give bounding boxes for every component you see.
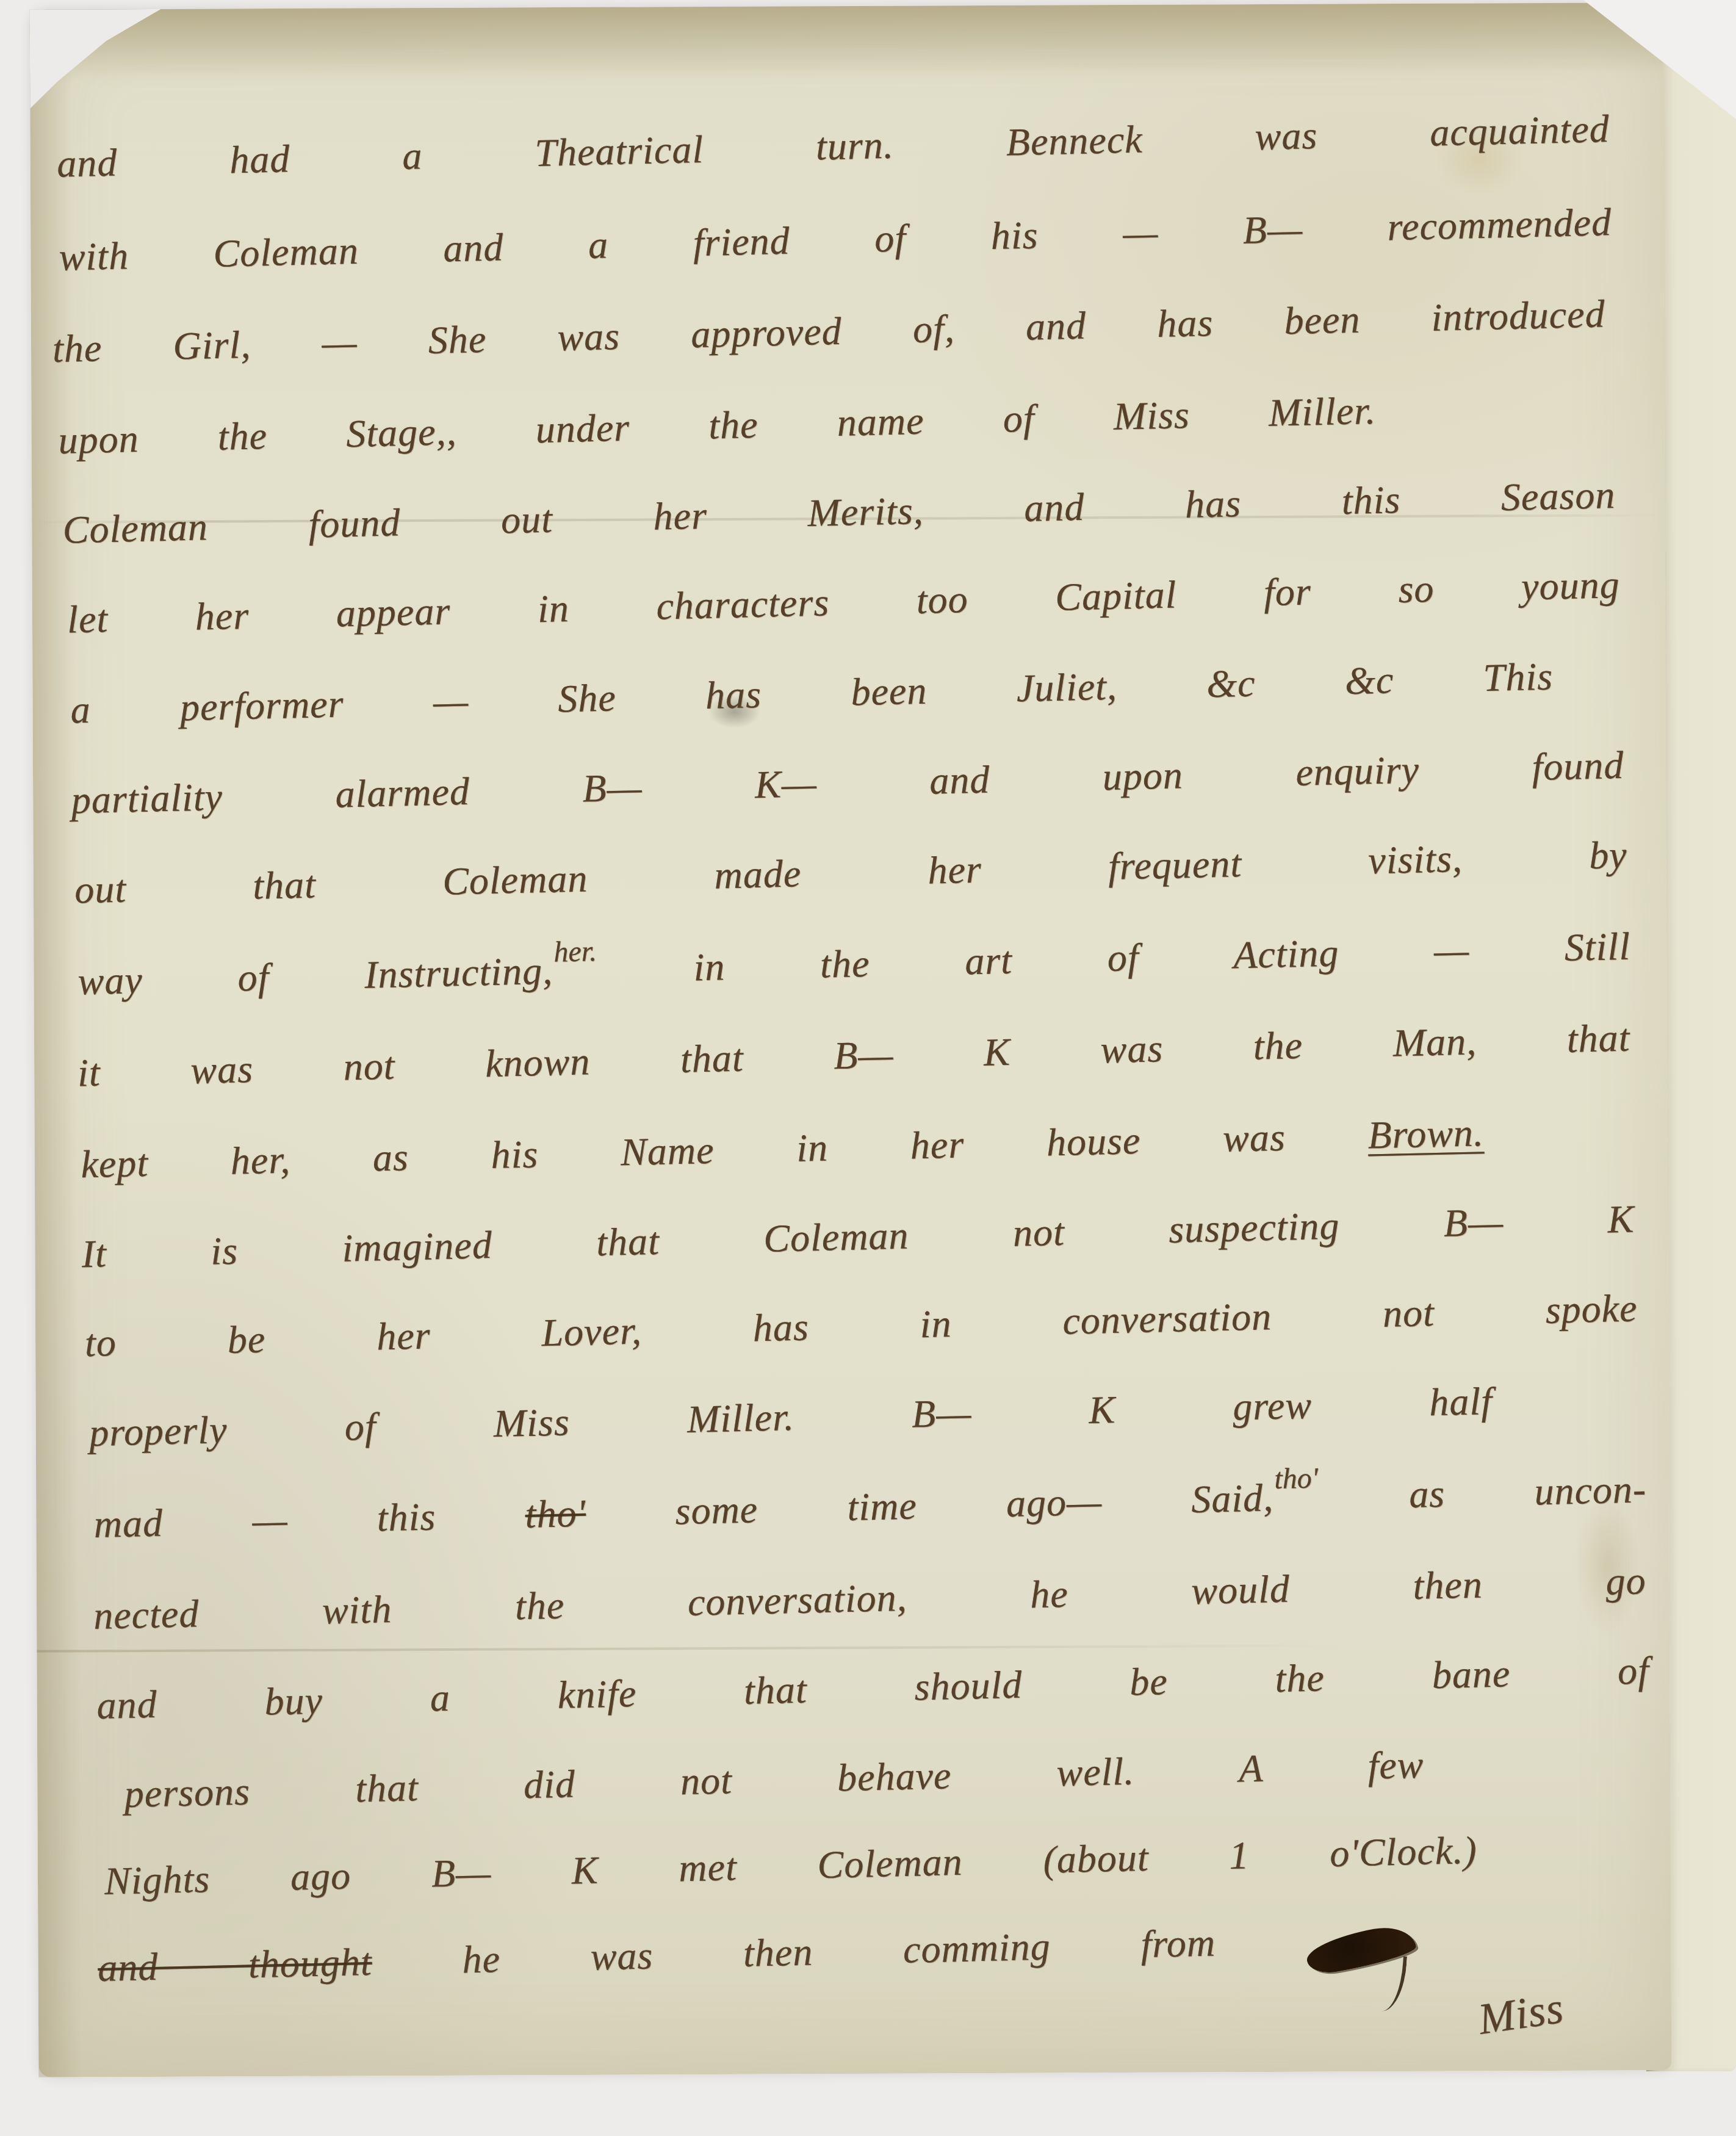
handwriting-text: properly of Miss Miller. B— K grew half — [89, 1379, 1493, 1454]
letter-paper: and had a Theatrical turn. Benneck was a… — [30, 2, 1672, 2077]
handwriting-text: mad — this — [93, 1493, 525, 1546]
manuscript-line-6: let her appear in characters too Capital… — [67, 562, 1620, 642]
handwriting-text: some time ago— Said, — [585, 1476, 1274, 1535]
manuscript-line-1: and had a Theatrical turn. Benneck was a… — [56, 106, 1610, 186]
handwriting-text: partiality alarmed B— K— and upon enquir… — [71, 743, 1624, 822]
inserted-word-above-line: tho' — [1274, 1462, 1319, 1495]
handwriting-text: It is imagined that Coleman not suspecti… — [81, 1197, 1635, 1276]
manuscript-line-8: partiality alarmed B— K— and upon enquir… — [71, 743, 1624, 823]
handwriting-text: the Girl, — She was approved of, and has… — [52, 292, 1605, 370]
handwriting-text: it was not known that B— K was the Man, … — [77, 1016, 1630, 1095]
handwriting-text: let her appear in characters too Capital… — [67, 563, 1620, 641]
manuscript-line-19: persons that did not behave well. A few — [124, 1742, 1424, 1817]
manuscript-line-18: and buy a knife that should be the bane … — [96, 1648, 1650, 1728]
ink-blot-redaction — [1303, 1922, 1417, 1977]
manuscript-line-17: nected with the conversation, he would t… — [93, 1558, 1646, 1638]
handwriting-text: Nights ago B— K met Coleman (about 1 o'C… — [104, 1828, 1477, 1903]
handwriting-text: in the art of Acting — Still — [598, 925, 1631, 991]
handwriting-text: and buy a knife that should be the bane … — [96, 1648, 1650, 1727]
manuscript-line-10: way of Instructing,her. in the art of Ac… — [77, 924, 1631, 1004]
manuscript-line-14: to be her Lover, has in conversation not… — [84, 1286, 1638, 1366]
manuscript-line-21: and thought he was then comming from — [97, 1916, 1416, 1991]
underlined-word: Brown. — [1367, 1111, 1485, 1156]
manuscript-line-16: mad — this tho' some time ago— Said,tho'… — [93, 1467, 1647, 1546]
inserted-word-above-line: her. — [553, 935, 597, 969]
manuscript-line-12: kept her, as his Name in her house was B… — [81, 1110, 1485, 1187]
manuscript-line-20: Nights ago B— K met Coleman (about 1 o'C… — [104, 1828, 1477, 1904]
handwriting-text: he was then comming from — [372, 1919, 1306, 1983]
handwriting-text: out that Coleman made her frequent visit… — [74, 833, 1627, 912]
manuscript-line-2: with Coleman and a friend of his — B— re… — [59, 200, 1612, 280]
handwriting-text: and had a Theatrical turn. Benneck was a… — [56, 107, 1610, 186]
handwriting-text: to be her Lover, has in conversation not… — [84, 1286, 1638, 1365]
manuscript-line-5: Coleman found out her Merits, and has th… — [62, 472, 1616, 552]
manuscript-line-9: out that Coleman made her frequent visit… — [74, 832, 1627, 912]
handwriting-text: nected with the conversation, he would t… — [93, 1559, 1646, 1637]
handwriting-text: kept her, as his Name in her house was — [81, 1114, 1369, 1186]
handwriting-text: a performer — She has been Juliet, &c &c… — [70, 654, 1554, 731]
manuscript-line-4: upon the Stage,, under the name of Miss … — [58, 388, 1377, 463]
catchword-miss: Miss — [1475, 1982, 1567, 2044]
handwriting-text: way of Instructing, — [77, 949, 553, 1003]
handwriting-text: upon the Stage,, under the name of Miss … — [58, 389, 1377, 462]
manuscript-line-11: it was not known that B— K was the Man, … — [77, 1016, 1630, 1095]
handwriting-text: with Coleman and a friend of his — B— re… — [59, 200, 1612, 279]
struck-out-word: and thought — [97, 1940, 372, 1990]
handwriting-text: Coleman found out her Merits, and has th… — [62, 473, 1616, 552]
scanned-letter-page: and had a Theatrical turn. Benneck was a… — [0, 0, 1736, 2136]
handwriting-text: Miss — [1475, 1983, 1566, 2043]
handwriting-text: as uncon- — [1319, 1467, 1647, 1518]
handwriting-layer: and had a Theatrical turn. Benneck was a… — [11, 0, 1690, 2079]
manuscript-line-7: a performer — She has been Juliet, &c &c… — [70, 654, 1554, 732]
struck-out-word: tho' — [525, 1492, 586, 1536]
manuscript-line-15: properly of Miss Miller. B— K grew half — [89, 1379, 1493, 1456]
handwriting-text: persons that did not behave well. A few — [124, 1743, 1424, 1816]
manuscript-line-3: the Girl, — She was approved of, and has… — [52, 291, 1605, 371]
manuscript-line-13: It is imagined that Coleman not suspecti… — [81, 1197, 1635, 1277]
